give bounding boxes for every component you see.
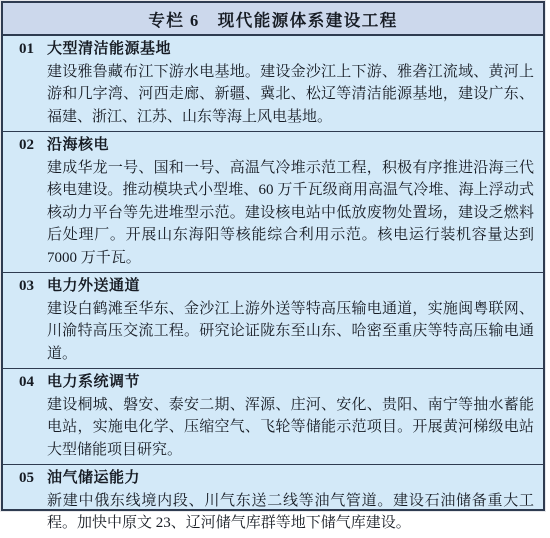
section-01: 01 大型清洁能源基地 建设雅鲁藏布江下游水电基地。建设金沙江上下游、雅砻江流域… [3,36,543,132]
section-body: 建设雅鲁藏布江下游水电基地。建设金沙江上下游、雅砻江流域、黄河上游和几字湾、河西… [47,61,534,129]
section-04: 04 电力系统调节 建设桐城、磐安、泰安二期、浑源、庄河、安化、贵阳、南宁等抽水… [3,369,543,465]
section-heading: 电力外送通道 [47,275,534,298]
section-number: 01 [3,38,47,61]
section-number: 05 [3,467,47,490]
section-body: 建成华龙一号、国和一号、高温气冷堆示范工程，积极有序推进沿海三代核电建设。推动模… [47,157,534,270]
section-content: 大型清洁能源基地 建设雅鲁藏布江下游水电基地。建设金沙江上下游、雅砻江流域、黄河… [47,38,543,128]
document-box-panel: 专栏 6 现代能源体系建设工程 01 大型清洁能源基地 建设雅鲁藏布江下游水电基… [1,1,545,511]
section-number: 02 [3,134,47,157]
section-05: 05 油气储运能力 新建中俄东线境内段、川气东送二线等油气管道。建设石油储备重大… [3,465,543,518]
section-heading: 电力系统调节 [47,371,534,394]
section-heading: 大型清洁能源基地 [47,38,534,61]
section-number: 04 [3,371,47,394]
section-02: 02 沿海核电 建成华龙一号、国和一号、高温气冷堆示范工程，积极有序推进沿海三代… [3,132,543,273]
section-number: 03 [3,275,47,298]
section-heading: 油气储运能力 [47,467,534,490]
section-body: 建设桐城、磐安、泰安二期、浑源、庄河、安化、贵阳、南宁等抽水蓄能电站，实施电化学… [47,394,534,462]
section-content: 电力系统调节 建设桐城、磐安、泰安二期、浑源、庄河、安化、贵阳、南宁等抽水蓄能电… [47,371,543,461]
section-content: 电力外送通道 建设白鹤滩至华东、金沙江上游外送等特高压输电通道，实施闽粤联网、川… [47,275,543,365]
section-content: 油气储运能力 新建中俄东线境内段、川气东送二线等油气管道。建设石油储备重大工程。… [47,467,543,518]
section-body: 新建中俄东线境内段、川气东送二线等油气管道。建设石油储备重大工程。加快中原文 2… [47,490,534,519]
section-content: 沿海核电 建成华龙一号、国和一号、高温气冷堆示范工程，积极有序推进沿海三代核电建… [47,134,543,269]
section-03: 03 电力外送通道 建设白鹤滩至华东、金沙江上游外送等特高压输电通道，实施闽粤联… [3,273,543,369]
section-heading: 沿海核电 [47,134,534,157]
panel-title: 专栏 6 现代能源体系建设工程 [3,3,543,36]
section-body: 建设白鹤滩至华东、金沙江上游外送等特高压输电通道，实施闽粤联网、川渝特高压交流工… [47,298,534,366]
